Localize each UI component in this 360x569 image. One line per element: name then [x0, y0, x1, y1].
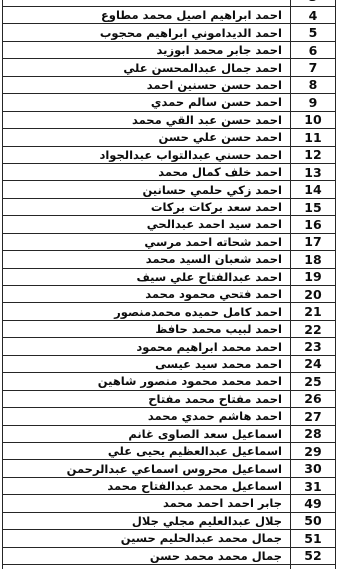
- name-cell: احمد مفتاح محمد مفتاح: [3, 391, 290, 407]
- number-cell: 50: [290, 513, 335, 529]
- name-cell: احمد كامل حميده محمدمنصور: [3, 303, 290, 319]
- table-rows: احمد ابراهيم اصيل محمد مطاوع 4 احمد الدي…: [3, 7, 335, 565]
- screenshot-root: 3 احمد ابراهيم اصيل محمد مطاوع 4 احمد ال…: [0, 0, 360, 569]
- table-row: اسماعيل محروس اسماعي عبدالرحمن 30: [3, 460, 335, 477]
- table-row: احمد هاشم حمدي محمد 27: [3, 408, 335, 425]
- names-table: 3 احمد ابراهيم اصيل محمد مطاوع 4 احمد ال…: [2, 0, 336, 569]
- name-cell: احمد هاشم حمدي محمد: [3, 408, 290, 424]
- number-cell: 9: [290, 94, 335, 110]
- number-cell: 31: [290, 478, 335, 494]
- table-row: جلال عبدالعليم مجلي جلال 50: [3, 513, 335, 530]
- number-cell: 20: [290, 286, 335, 302]
- table-row: اسماعيل عبدالعظيم يحيى علي 29: [3, 443, 335, 460]
- table-row: احمد حسن حسنين احمد 8: [3, 77, 335, 94]
- name-cell: جلال عبدالعليم مجلي جلال: [3, 513, 290, 529]
- table-row: احمد خلف كمال محمد 13: [3, 164, 335, 181]
- name-cell: احمد محمد سيد عيسى: [3, 356, 290, 372]
- table-row: احمد الديداموني ابراهيم محجوب 5: [3, 24, 335, 41]
- table-row: جمال محمد محمد حسن 52: [3, 548, 335, 565]
- name-cell: احمد حسن سالم حمدي: [3, 94, 290, 110]
- table-row: احمد جمال عبدالمحسن علي 7: [3, 59, 335, 76]
- table-row: احمد مفتاح محمد مفتاح 26: [3, 391, 335, 408]
- name-cell: احمد سعد بركات بركات: [3, 199, 290, 215]
- name-cell: احمد لبيب محمد حافظ: [3, 321, 290, 337]
- number-cell: 26: [290, 391, 335, 407]
- name-cell: احمد حسن علي حسن: [3, 129, 290, 145]
- name-cell: احمد شحاته احمد مرسي: [3, 234, 290, 250]
- table-row-clipped-top: 3: [3, 0, 335, 7]
- number-cell: 22: [290, 321, 335, 337]
- number-cell: 17: [290, 234, 335, 250]
- number-cell: 15: [290, 199, 335, 215]
- number-cell: 24: [290, 356, 335, 372]
- table-row: احمد حسن علي حسن 11: [3, 129, 335, 146]
- table-row: احمد شعبان السيد محمد 18: [3, 251, 335, 268]
- number-cell: 21: [290, 303, 335, 319]
- number-cell: 6: [290, 42, 335, 58]
- name-cell: جمال محمد محمد حسن: [3, 548, 290, 564]
- table-row: احمد جابر محمد ابوزيد 6: [3, 42, 335, 59]
- table-row: احمد زكي حلمي حسانين 14: [3, 181, 335, 198]
- name-cell: احمد حسن عبد القي محمد: [3, 112, 290, 128]
- table-row: احمد لبيب محمد حافظ 22: [3, 321, 335, 338]
- name-cell: اسماعيل محمد عبدالفتاح محمد: [3, 478, 290, 494]
- table-row: احمد عبدالفتاح علي سيف 19: [3, 269, 335, 286]
- table-row: احمد سيد احمد عبدالحي 16: [3, 216, 335, 233]
- name-cell: جمال محمد عبدالحليم حسين: [3, 530, 290, 546]
- number-cell: 51: [290, 530, 335, 546]
- table-row: احمد محمد محمود منصور شاهين 25: [3, 373, 335, 390]
- number-cell: 4: [290, 7, 335, 23]
- table-row: احمد ابراهيم اصيل محمد مطاوع 4: [3, 7, 335, 24]
- name-cell: اسماعيل سعد الصاوى غانم: [3, 426, 290, 442]
- name-cell: احمد سيد احمد عبدالحي: [3, 216, 290, 232]
- name-cell: [3, 565, 290, 569]
- name-cell: احمد الديداموني ابراهيم محجوب: [3, 24, 290, 40]
- name-cell: اسماعيل عبدالعظيم يحيى علي: [3, 443, 290, 459]
- name-cell: احمد عبدالفتاح علي سيف: [3, 269, 290, 285]
- number-cell: 3: [290, 0, 335, 6]
- name-cell: احمد محمد ابراهيم محمود: [3, 338, 290, 354]
- table-row: احمد حسني عبدالتواب عبدالجواد 12: [3, 147, 335, 164]
- name-cell: احمد ابراهيم اصيل محمد مطاوع: [3, 7, 290, 23]
- number-cell: 7: [290, 59, 335, 75]
- clipped-row-number: 3: [309, 0, 318, 4]
- number-cell: 10: [290, 112, 335, 128]
- table-row: احمد شحاته احمد مرسي 17: [3, 234, 335, 251]
- name-cell: [3, 0, 290, 6]
- number-cell: 8: [290, 77, 335, 93]
- number-cell: 14: [290, 181, 335, 197]
- number-cell: 5: [290, 24, 335, 40]
- name-cell: احمد جابر محمد ابوزيد: [3, 42, 290, 58]
- number-cell: 16: [290, 216, 335, 232]
- table-row: احمد محمد ابراهيم محمود 23: [3, 338, 335, 355]
- table-row: احمد حسن سالم حمدي 9: [3, 94, 335, 111]
- table-row: احمد فتحي محمود محمد 20: [3, 286, 335, 303]
- number-cell: 19: [290, 269, 335, 285]
- name-cell: احمد جمال عبدالمحسن علي: [3, 59, 290, 75]
- number-cell: 30: [290, 460, 335, 476]
- number-cell: 12: [290, 147, 335, 163]
- table-row: احمد محمد سيد عيسى 24: [3, 356, 335, 373]
- name-cell: احمد شعبان السيد محمد: [3, 251, 290, 267]
- name-cell: احمد خلف كمال محمد: [3, 164, 290, 180]
- number-cell: 28: [290, 426, 335, 442]
- name-cell: احمد فتحي محمود محمد: [3, 286, 290, 302]
- name-cell: احمد حسن حسنين احمد: [3, 77, 290, 93]
- number-cell: 27: [290, 408, 335, 424]
- name-cell: احمد حسني عبدالتواب عبدالجواد: [3, 147, 290, 163]
- number-cell: 11: [290, 129, 335, 145]
- number-cell: 13: [290, 164, 335, 180]
- number-cell: 52: [290, 548, 335, 564]
- number-cell: 49: [290, 495, 335, 511]
- table-row: اسماعيل سعد الصاوى غانم 28: [3, 426, 335, 443]
- number-cell: 25: [290, 373, 335, 389]
- table-row: جابر احمد احمد محمد 49: [3, 495, 335, 512]
- table-row: اسماعيل محمد عبدالفتاح محمد 31: [3, 478, 335, 495]
- name-cell: اسماعيل محروس اسماعي عبدالرحمن: [3, 460, 290, 476]
- table-row: احمد كامل حميده محمدمنصور 21: [3, 303, 335, 320]
- table-row: جمال محمد عبدالحليم حسين 51: [3, 530, 335, 547]
- number-cell: 29: [290, 443, 335, 459]
- table-row: احمد حسن عبد القي محمد 10: [3, 112, 335, 129]
- name-cell: احمد زكي حلمي حسانين: [3, 181, 290, 197]
- number-cell: [290, 565, 335, 569]
- number-cell: 18: [290, 251, 335, 267]
- number-cell: 23: [290, 338, 335, 354]
- name-cell: جابر احمد احمد محمد: [3, 495, 290, 511]
- table-row-clipped-bottom: [3, 565, 335, 569]
- name-cell: احمد محمد محمود منصور شاهين: [3, 373, 290, 389]
- table-row: احمد سعد بركات بركات 15: [3, 199, 335, 216]
